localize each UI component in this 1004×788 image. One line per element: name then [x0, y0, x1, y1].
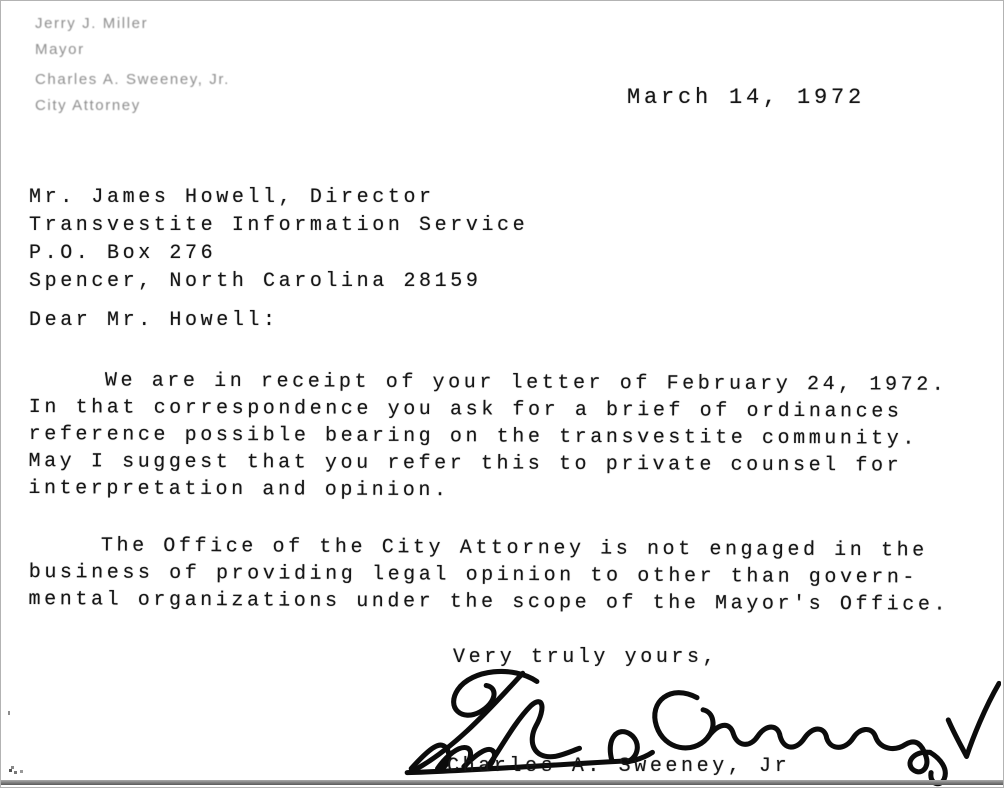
recipient-name-line: Mr. James Howell, Director [29, 184, 528, 212]
letterhead-mayor-name: Jerry J. Miller [35, 11, 148, 37]
body-paragraph-1: We are in receipt of your letter of Febr… [28, 367, 947, 507]
body-paragraph-2: The Office of the City Attorney is not e… [29, 532, 950, 619]
letter-date: March 14, 1972 [627, 85, 865, 110]
signer-typed-name: Charles A. Sweeney, Jr [447, 755, 790, 778]
letterhead-mayor-title: Mayor [35, 37, 148, 63]
recipient-address-block: Mr. James Howell, Director Transvestite … [29, 184, 528, 296]
letterhead-attorney-block: Charles A. Sweeney, Jr. City Attorney [35, 67, 230, 119]
scan-noise-mark [8, 711, 10, 715]
letterhead-attorney-title: City Attorney [35, 93, 230, 119]
paragraph-line: mental organizations under the scope of … [29, 586, 950, 619]
recipient-po-box-line: P.O. Box 276 [29, 240, 528, 268]
recipient-org-line: Transvestite Information Service [29, 212, 528, 240]
scan-noise-speck [9, 769, 12, 772]
recipient-city-line: Spencer, North Carolina 28159 [29, 268, 528, 296]
paragraph-line: interpretation and opinion. [28, 475, 947, 507]
salutation: Dear Mr. Howell: [29, 309, 279, 332]
scan-bottom-edge [1, 780, 1003, 785]
letterhead-attorney-name: Charles A. Sweeney, Jr. [35, 67, 230, 93]
letterhead-mayor-block: Jerry J. Miller Mayor [35, 11, 148, 63]
scanned-letter-page: Jerry J. Miller Mayor Charles A. Sweeney… [0, 0, 1004, 788]
